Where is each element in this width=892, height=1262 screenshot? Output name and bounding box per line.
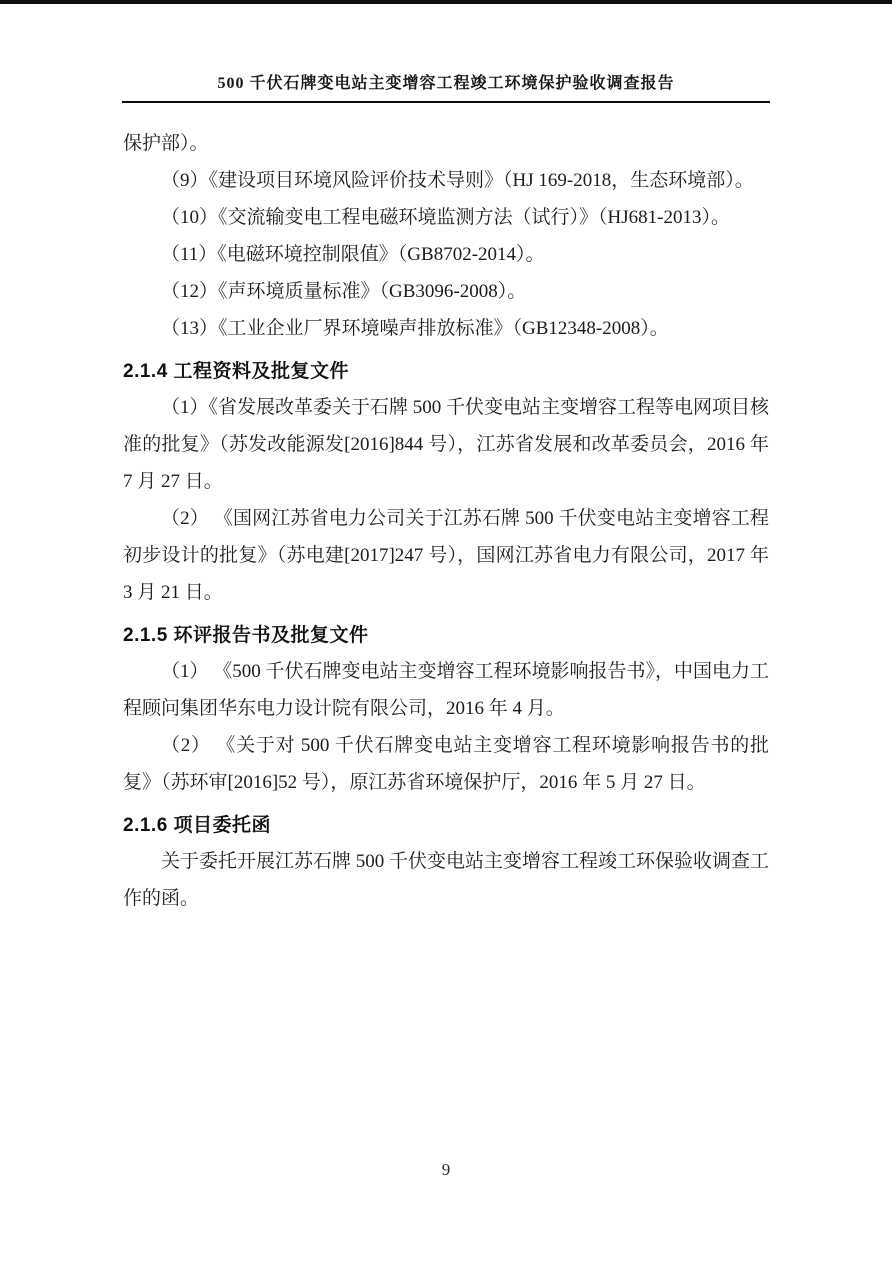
header-rule <box>122 101 770 103</box>
document-body: 保护部）。 （9）《建设项目环境风险评价技术导则》（HJ 169-2018，生态… <box>123 125 769 917</box>
reference-item-13: （13）《工业企业厂界环境噪声排放标准》（GB12348-2008）。 <box>123 310 769 347</box>
section-2-1-5-paragraph-2: （2） 《关于对 500 千伏石牌变电站主变增容工程环境影响报告书的批复》（苏环… <box>123 727 769 801</box>
section-2-1-6-paragraph-1: 关于委托开展江苏石牌 500 千伏变电站主变增容工程竣工环保验收调查工作的函。 <box>123 843 769 917</box>
reference-item-11: （11）《电磁环境控制限值》（GB8702-2014）。 <box>123 236 769 273</box>
section-2-1-4-paragraph-1: （1）《省发展改革委关于石牌 500 千伏变电站主变增容工程等电网项目核准的批复… <box>123 389 769 500</box>
reference-item-10: （10）《交流输变电工程电磁环境监测方法（试行）》（HJ681-2013）。 <box>123 199 769 236</box>
document-page: 500 千伏石牌变电站主变增容工程竣工环境保护验收调查报告 保护部）。 （9）《… <box>0 0 892 1262</box>
reference-item-9: （9）《建设项目环境风险评价技术导则》（HJ 169-2018，生态环境部）。 <box>123 162 769 199</box>
reference-item-12: （12）《声环境质量标准》（GB3096-2008）。 <box>123 273 769 310</box>
section-heading-2-1-5: 2.1.5 环评报告书及批复文件 <box>123 621 769 651</box>
page-header: 500 千伏石牌变电站主变增容工程竣工环境保护验收调查报告 <box>0 0 892 103</box>
section-heading-2-1-4: 2.1.4 工程资料及批复文件 <box>123 357 769 387</box>
page-header-title: 500 千伏石牌变电站主变增容工程竣工环境保护验收调查报告 <box>0 74 892 94</box>
section-2-1-5-paragraph-1: （1） 《500 千伏石牌变电站主变增容工程环境影响报告书》，中国电力工程顾问集… <box>123 653 769 727</box>
section-heading-2-1-6: 2.1.6 项目委托函 <box>123 811 769 841</box>
scan-top-edge <box>0 0 892 4</box>
section-2-1-4-paragraph-2: （2） 《国网江苏省电力公司关于江苏石牌 500 千伏变电站主变增容工程初步设计… <box>123 500 769 611</box>
page-number: 9 <box>0 1160 892 1180</box>
paragraph-continuation: 保护部）。 <box>123 125 769 162</box>
